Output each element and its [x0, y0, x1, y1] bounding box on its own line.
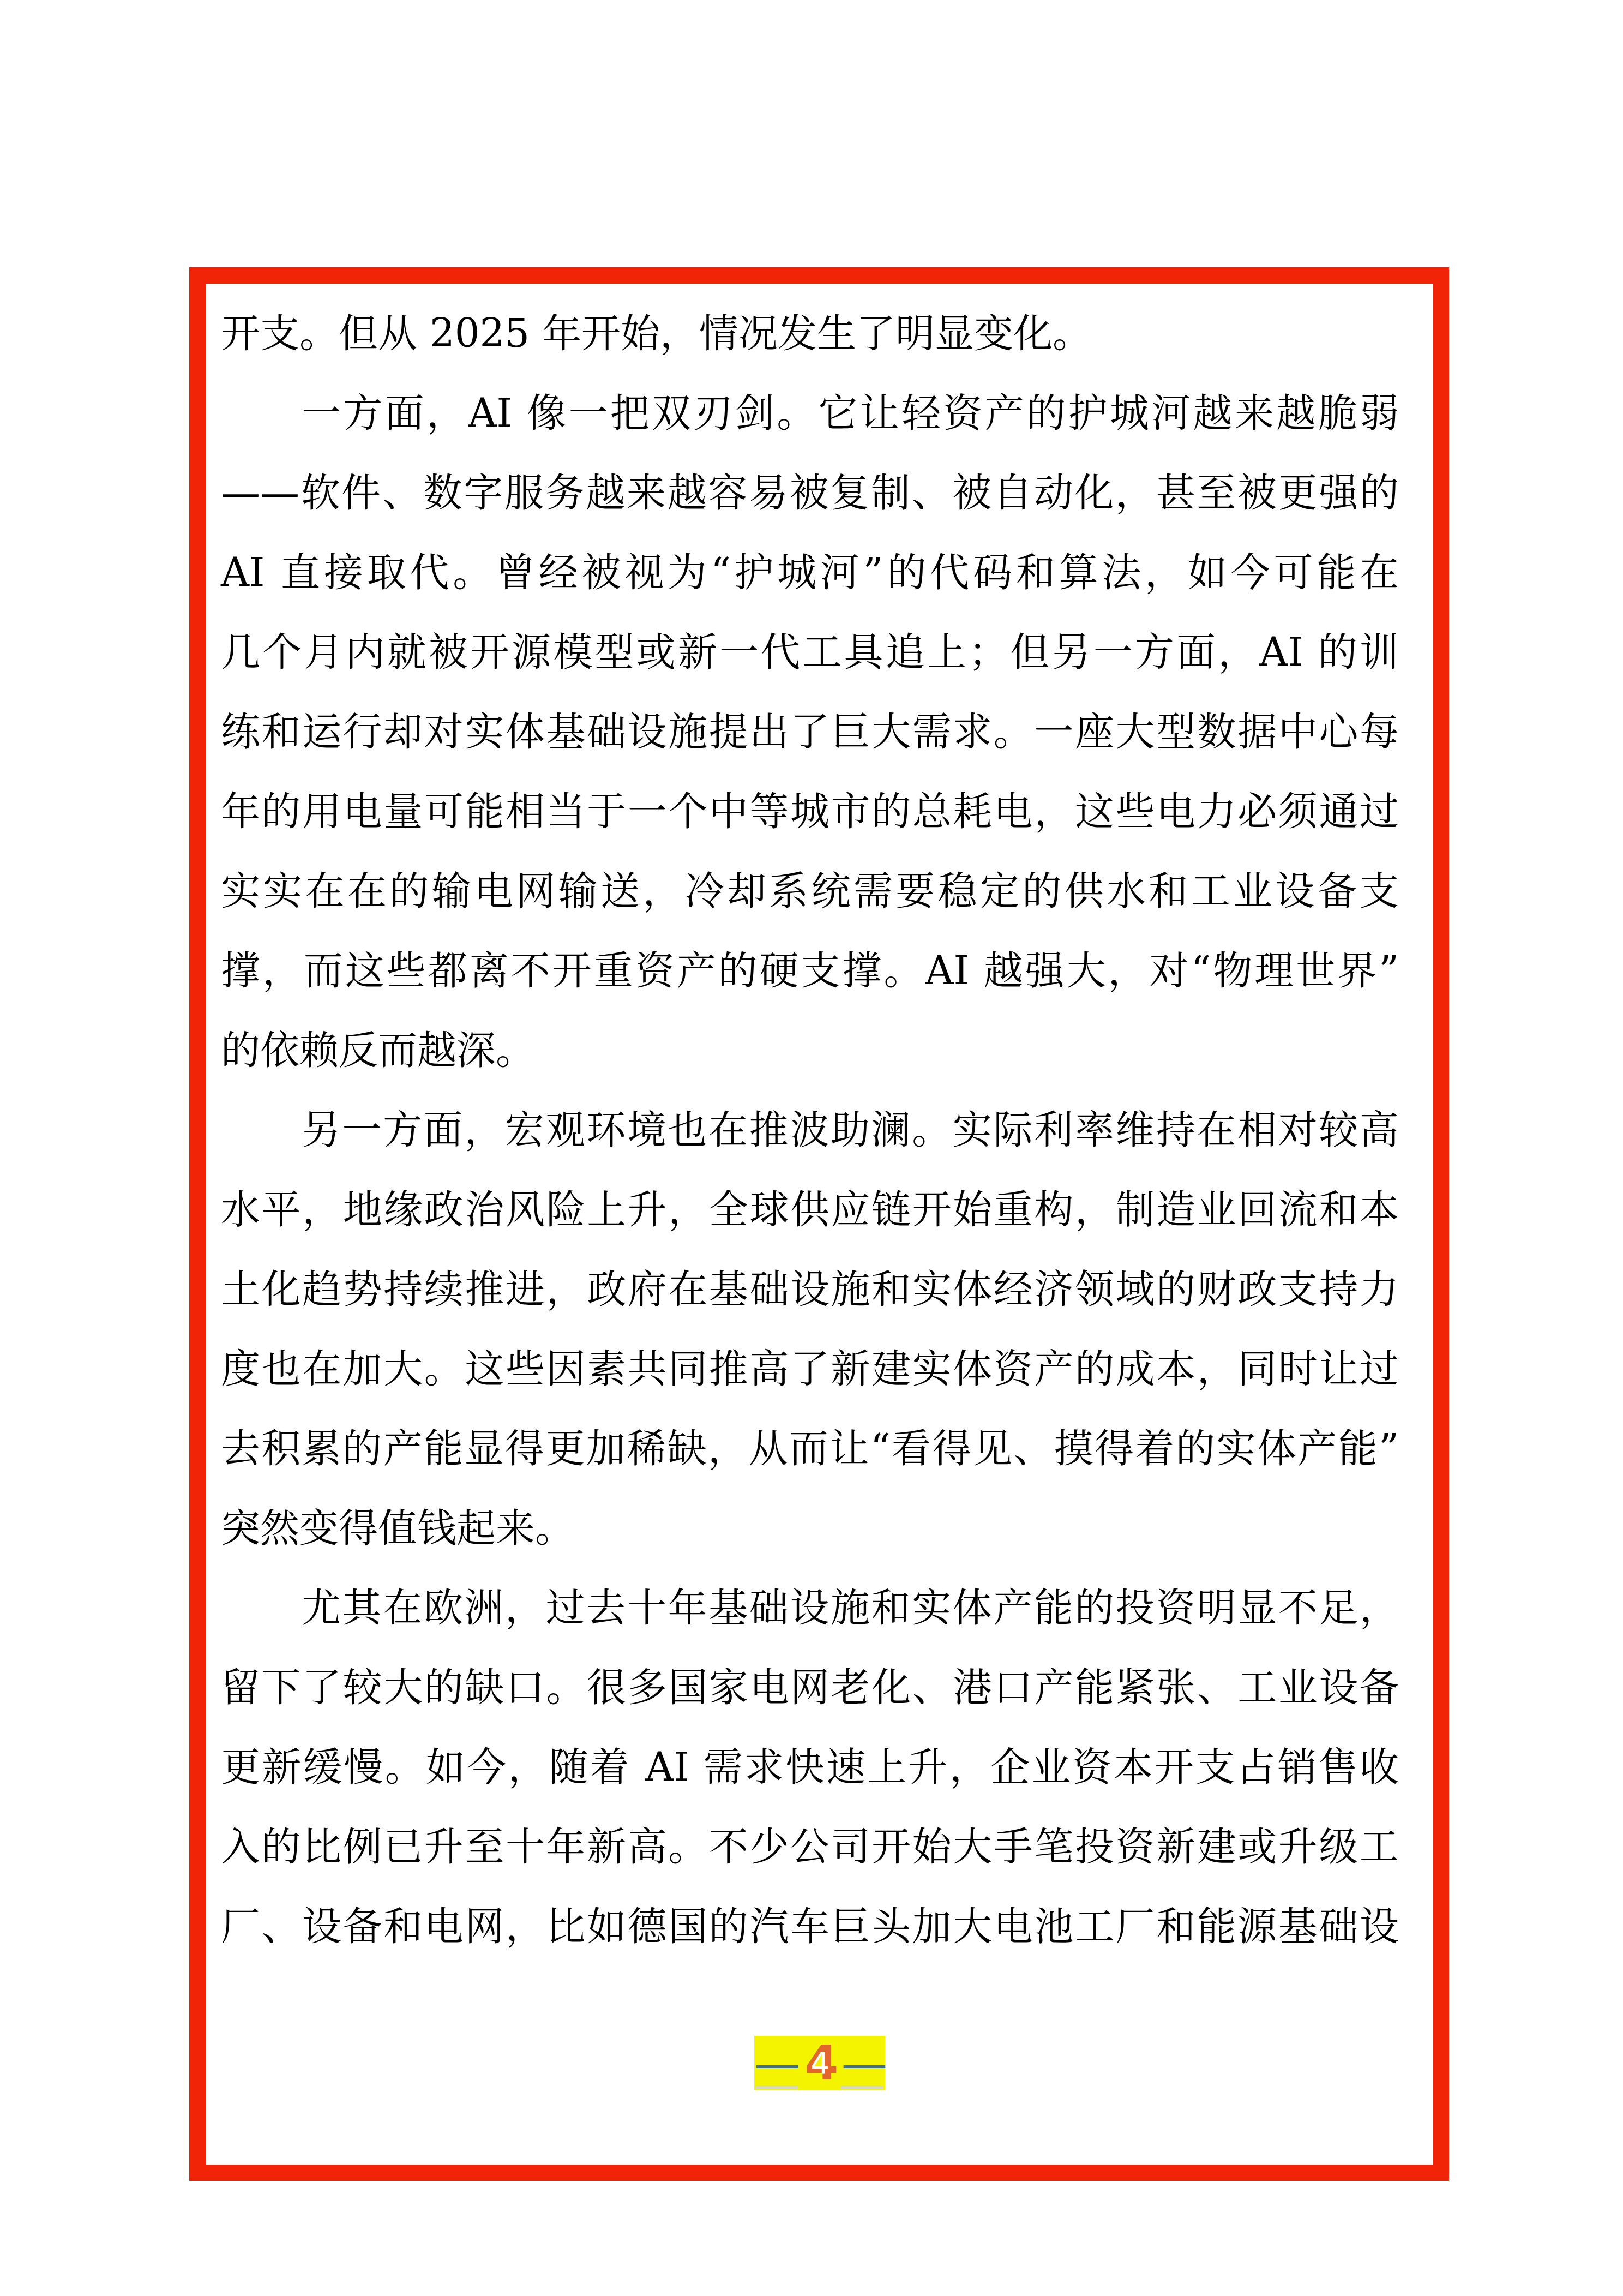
text-line: 留下了较大的缺口。很多国家电网老化、港口产能紧张、工业设备 — [221, 1647, 1399, 1727]
document-page: 开支。但从 2025 年开始，情况发生了明显变化。一方面，AI 像一把双刃剑。它… — [0, 0, 1623, 2296]
text-line: 去积累的产能显得更加稀缺，从而让“看得见、摸得着的实体产能” — [221, 1408, 1399, 1488]
body-text: 开支。但从 2025 年开始，情况发生了明显变化。一方面，AI 像一把双刃剑。它… — [221, 293, 1399, 1966]
text-line: 度也在加大。这些因素共同推高了新建实体资产的成本，同时让过 — [221, 1329, 1399, 1408]
text-line: 土化趋势持续推进，政府在基础设施和实体经济领域的财政支持力 — [221, 1249, 1399, 1329]
page-number: 4 4 — [805, 2036, 834, 2090]
footer-shadow-dash-right — [841, 2085, 883, 2089]
text-line: 突然变得值钱起来。 — [221, 1488, 1399, 1568]
text-line: 尤其在欧洲，过去十年基础设施和实体产能的投资明显不足， — [221, 1568, 1399, 1647]
footer-dash-left: — — [754, 2036, 798, 2090]
text-line: 几个月内就被开源模型或新一代工具追上；但另一方面，AI 的训 — [221, 612, 1399, 692]
text-line: 一方面，AI 像一把双刃剑。它让轻资产的护城河越来越脆弱 — [221, 373, 1399, 453]
text-line: 练和运行却对实体基础设施提出了巨大需求。一座大型数据中心每 — [221, 692, 1399, 771]
text-line: 年的用电量可能相当于一个中等城市的总耗电，这些电力必须通过 — [221, 771, 1399, 851]
text-line: 另一方面，宏观环境也在推波助澜。实际利率维持在相对较高 — [221, 1090, 1399, 1170]
text-line: 的依赖反而越深。 — [221, 1010, 1399, 1090]
text-line: AI 直接取代。曾经被视为“护城河”的代码和算法，如今可能在 — [221, 532, 1399, 612]
text-line: 实实在在的输电网输送，冷却系统需要稳定的供水和工业设备支 — [221, 851, 1399, 931]
text-line: ——软件、数字服务越来越容易被复制、被自动化，甚至被更强的 — [221, 453, 1399, 532]
text-line: 撑，而这些都离不开重资产的硬支撑。AI 越强大，对“物理世界” — [221, 931, 1399, 1010]
page-number-footer: — 4 4 — — [754, 2036, 885, 2090]
footer-shadow-dash-left — [756, 2085, 798, 2089]
page-number-inner-highlight: 4 — [810, 2047, 828, 2081]
footer-dash-right: — — [841, 2036, 885, 2090]
red-border-frame: 开支。但从 2025 年开始，情况发生了明显变化。一方面，AI 像一把双刃剑。它… — [189, 267, 1449, 2181]
text-line: 开支。但从 2025 年开始，情况发生了明显变化。 — [221, 293, 1399, 373]
text-line: 厂、设备和电网，比如德国的汽车巨头加大电池工厂和能源基础设 — [221, 1886, 1399, 1966]
text-line: 水平，地缘政治风险上升，全球供应链开始重构，制造业回流和本 — [221, 1170, 1399, 1249]
text-line: 入的比例已升至十年新高。不少公司开始大手笔投资新建或升级工 — [221, 1807, 1399, 1886]
text-line: 更新缓慢。如今，随着 AI 需求快速上升，企业资本开支占销售收 — [221, 1727, 1399, 1807]
